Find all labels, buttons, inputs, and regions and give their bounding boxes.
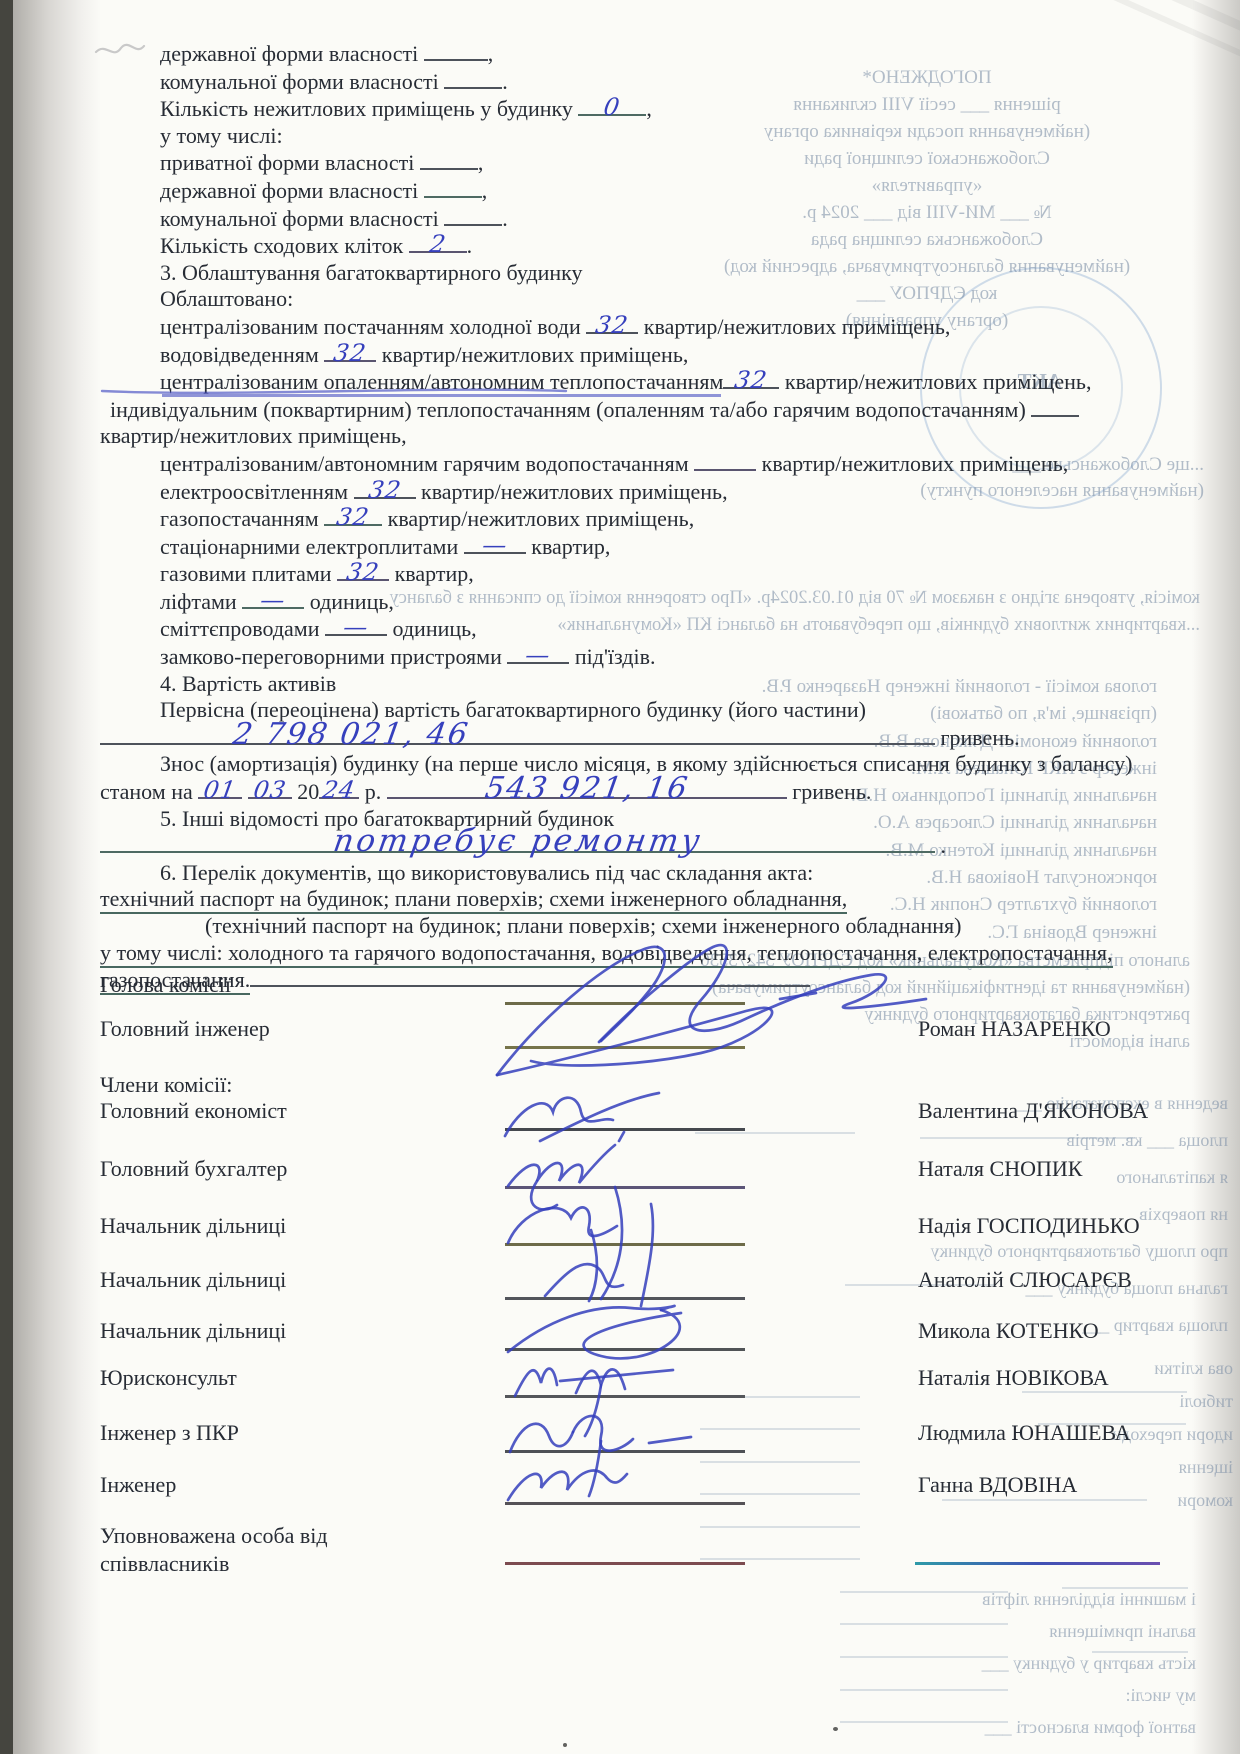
signature-line [505,1297,745,1300]
signer-name: Наталя СНОПИК [918,1156,1082,1182]
signer-role: Інженер з ПКР [100,1420,239,1446]
signer-role: Головний економіст [100,1098,287,1124]
signer-role: Начальник дільниці [100,1318,286,1344]
signer-name: Анатолій СЛЮСАРЄВ [918,1267,1132,1293]
signature-line [505,1243,745,1246]
signer-name: Наталія НОВІКОВА [918,1365,1109,1391]
scan-speck [563,1743,567,1747]
signer-role: Головний інженер [100,1016,270,1042]
signer-role: співвласників [100,1551,229,1577]
signature-line [505,1450,745,1453]
signer-name: Валентина Д'ЯКОНОВА [918,1098,1148,1124]
signature-line [505,1562,745,1565]
scanned-document-page: АКТ ПОГОДЖЕНО*рішення ___ сесії VIII скл… [0,0,1240,1754]
signer-role: Головний бухгалтер [100,1156,287,1182]
signature-line [505,1046,745,1049]
signer-name: Роман НАЗАРЕНКО [918,1016,1111,1042]
signature-line [505,1395,745,1398]
signature-line [505,1128,745,1131]
signature-line [505,1186,745,1189]
signer-name: Надія ГОСПОДИНЬКО [918,1213,1140,1239]
signer-name: Ганна ВДОВІНА [918,1472,1077,1498]
signer-name: Микола КОТЕНКО [918,1318,1099,1344]
signer-role: Уповноважена особа від [100,1523,328,1549]
commission-signature-block: Голова комісіїГоловний інженерРоман НАЗА… [0,0,1240,1754]
signer-name: Людмила ЮНАШЕВА [918,1420,1131,1446]
signer-role: Начальник дільниці [100,1213,286,1239]
scan-speck [833,1727,838,1731]
signer-role: Юрисконсульт [100,1365,237,1391]
signature-line [505,1002,745,1005]
signature-line [505,1348,745,1351]
signature-line [505,1502,745,1505]
signer-role: Начальник дільниці [100,1267,286,1293]
signature-line [915,1562,1160,1565]
commission-members-header: Члени комісії: [100,1072,232,1098]
signer-role: Інженер [100,1472,176,1498]
signer-role: Голова комісії [100,972,231,998]
